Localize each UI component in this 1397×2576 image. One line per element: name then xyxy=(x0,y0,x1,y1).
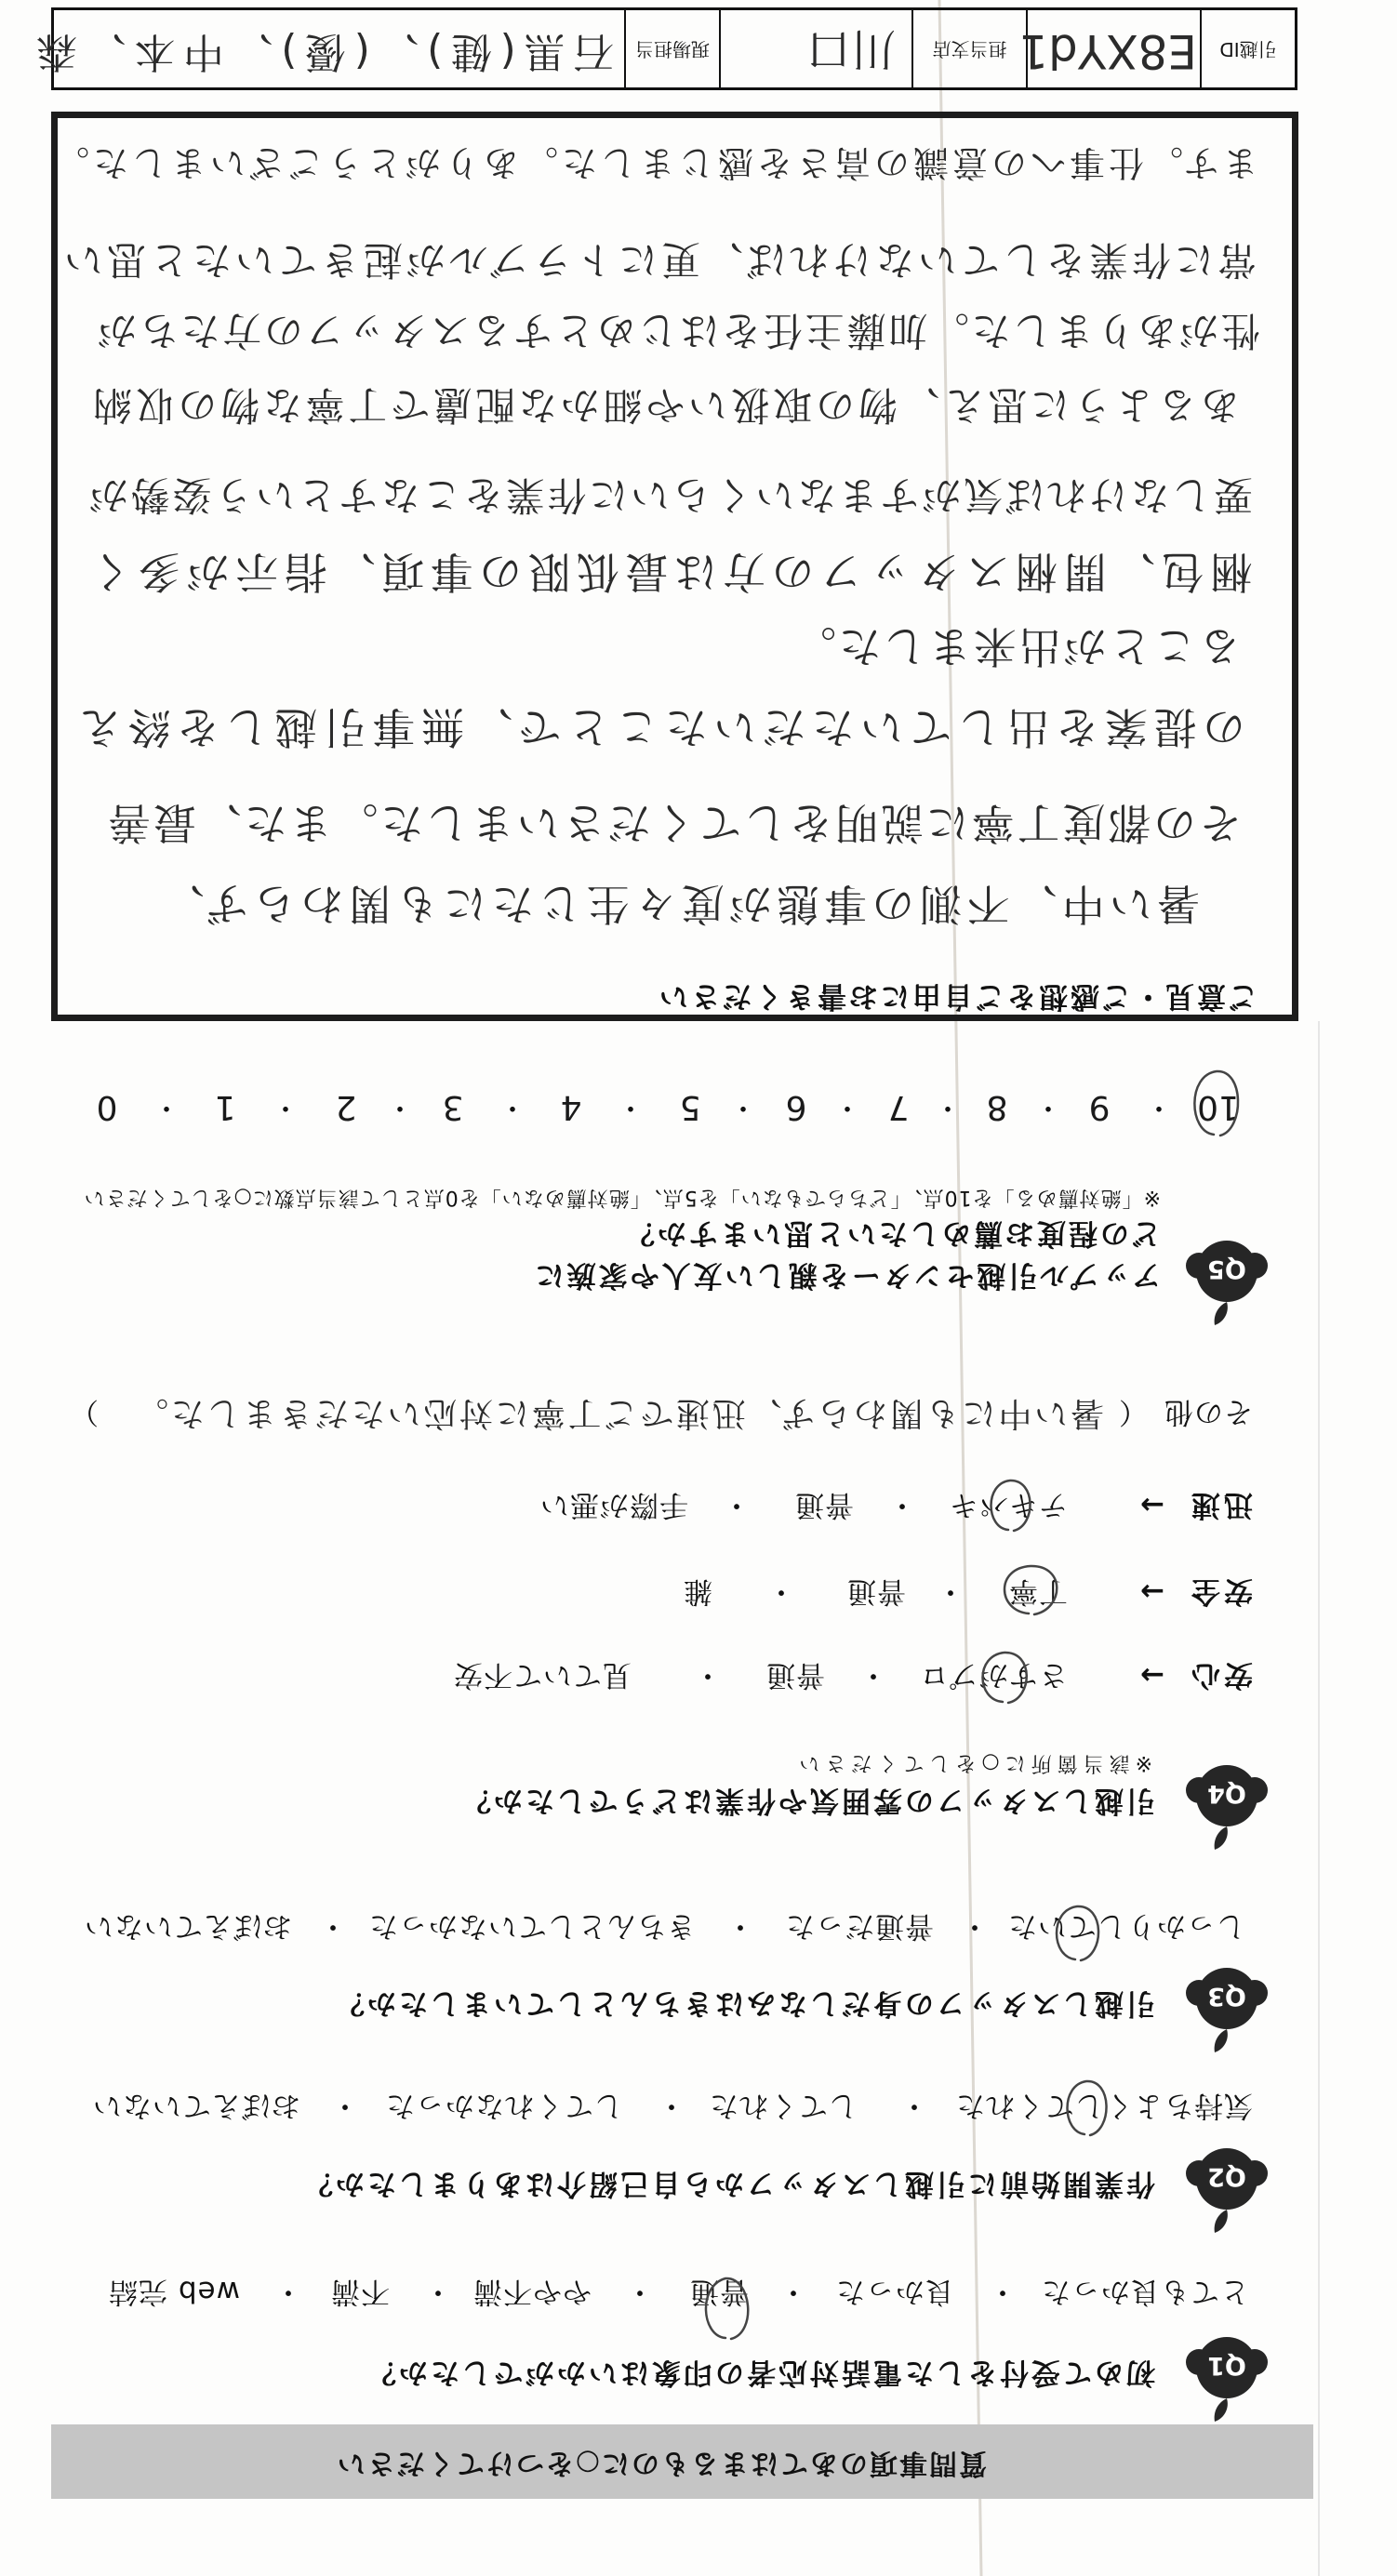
apple-q3-badge-icon: Q3 xyxy=(1182,1961,1271,2054)
q3-option-selected: しっかりしていた xyxy=(1007,1911,1245,1940)
apple-q5-badge-icon: Q5 xyxy=(1182,1234,1271,1327)
q4-other-close-paren: ） xyxy=(69,1397,99,1426)
q4-option: 雑 xyxy=(683,1576,712,1605)
separator-dot: ・ xyxy=(1145,1093,1173,1121)
separator-dot: ・ xyxy=(153,1093,180,1121)
q3-option: きちんとしていなかった xyxy=(368,1911,696,1940)
q4-other-handwritten-answer: 暑い中にも関わらず、迅速でご丁寧に対応いただきました。 xyxy=(135,1396,1104,1429)
separator-dot: ・ xyxy=(657,2091,686,2119)
svg-text:Q1: Q1 xyxy=(1207,2351,1246,2380)
staff-label: 現場担当 xyxy=(626,40,719,59)
q4-row-label-speed: 迅速 xyxy=(1188,1490,1253,1519)
q1-option: web 完結 xyxy=(108,2277,240,2305)
apple-q1-badge-icon: Q1 xyxy=(1182,2330,1271,2423)
separator-dot: ・ xyxy=(934,1093,962,1121)
comment-handwritten-line: の提案を出していただいたことで、無事引越しを終え xyxy=(79,706,1245,749)
apple-q4-badge-icon: Q4 xyxy=(1182,1759,1271,1852)
score-option: 3 xyxy=(425,1090,481,1123)
comment-handwritten-line: 暑い中、不測の事態が度々生じたにも関わらず、 xyxy=(162,883,1200,925)
score-option: 2 xyxy=(318,1090,374,1123)
q4-option-selected: テキパキ xyxy=(949,1490,1068,1519)
separator-dot: ・ xyxy=(617,1093,645,1121)
svg-text:Q5: Q5 xyxy=(1207,1255,1246,1283)
comment-handwritten-line: ます。仕事への意識の高さを感じました。ありがとうございました。 xyxy=(54,145,1258,180)
q3-question-text: 引越しスタッフの身だしなみはきちんとしていましたか？ xyxy=(333,1988,1155,2017)
q1-option: やや不満 xyxy=(472,2277,592,2305)
score-option: 1 xyxy=(197,1090,253,1123)
separator-dot: ・ xyxy=(625,2277,655,2305)
separator-dot: ・ xyxy=(725,1911,755,1940)
q2-question-text: 作業開始前に引越しスタッフから自己紹介はありましたか？ xyxy=(301,2169,1155,2198)
q4-option-selected: 丁寧 xyxy=(1008,1576,1068,1605)
separator-dot: ・ xyxy=(858,1660,888,1689)
separator-dot: ・ xyxy=(273,2277,303,2305)
move-id-value: E8XYd1 xyxy=(1051,28,1197,74)
score-option: 8 xyxy=(969,1090,1025,1123)
apple-q2-badge-icon: Q2 xyxy=(1182,2142,1271,2235)
q4-other-label: その他 xyxy=(1164,1397,1253,1426)
score-option: 9 xyxy=(1071,1090,1127,1123)
q2-option: してくれた xyxy=(709,2091,858,2119)
q1-option-selected: 普通 xyxy=(689,2277,749,2305)
separator-dot: ・ xyxy=(833,1093,861,1121)
q4-option-selected: さすがプロ xyxy=(919,1660,1068,1689)
comment-box-label: ご意見・ご感想をご自由にお書きください xyxy=(657,981,1257,1010)
branch-value: 川口 xyxy=(806,27,896,72)
score-option-selected: 10 xyxy=(1191,1090,1246,1123)
q1-option: 不満 xyxy=(330,2277,390,2305)
separator-dot: ・ xyxy=(1034,1093,1062,1121)
instruction-banner-text: 質問事項のあてはまるものに○をつけてください xyxy=(336,2449,987,2476)
comment-handwritten-line: 常に作業をしていなければ、更にトラブルが起きていたと思い xyxy=(64,240,1257,279)
svg-text:Q3: Q3 xyxy=(1207,1982,1246,2011)
separator-dot: ・ xyxy=(988,2277,1018,2305)
q4-option: 普通 xyxy=(846,1576,906,1605)
table-divider xyxy=(719,10,721,87)
arrow-right-icon: → xyxy=(1140,1576,1164,1605)
q5-note: ※「絶対薦める」を10点、「どちらでもない」を5点、「絶対薦めない」を0点として… xyxy=(84,1187,1161,1207)
score-option: 7 xyxy=(871,1090,926,1123)
separator-dot: ・ xyxy=(936,1576,965,1605)
comment-handwritten-line: ることが出来ました。 xyxy=(793,625,1242,668)
separator-dot: ・ xyxy=(899,2091,929,2119)
comment-handwritten-line: その都度丁寧に説明をしてくださいました。また、最善 xyxy=(108,802,1242,844)
q2-option: おぼえていない xyxy=(92,2091,300,2119)
comment-handwritten-line: 要しなければ気がすまないくらいに作業をこなすという姿勢が xyxy=(89,475,1253,514)
arrow-right-icon: → xyxy=(1140,1660,1164,1689)
q1-option: 良かった xyxy=(835,2277,954,2305)
separator-dot: ・ xyxy=(423,2277,453,2305)
arrow-right-icon: → xyxy=(1140,1490,1164,1519)
score-option: 4 xyxy=(543,1090,599,1123)
instruction-banner: 質問事項のあてはまるものに○をつけてください xyxy=(51,2424,1313,2499)
score-option: 5 xyxy=(662,1090,718,1123)
score-option: 0 xyxy=(79,1090,135,1123)
separator-dot: ・ xyxy=(693,1660,723,1689)
q2-option: してくれなかった xyxy=(385,2091,623,2119)
q5-question-text-line2: どの程度お薦めしたいと思いますか？ xyxy=(623,1218,1161,1247)
branch-label: 担当支店 xyxy=(913,40,1026,59)
separator-dot: ・ xyxy=(766,1576,796,1605)
q4-option: 手際が悪い xyxy=(539,1490,688,1519)
q5-question-text-line1: アップル引越センターを親しい友人や家族に xyxy=(533,1260,1161,1289)
q4-option: 普通 xyxy=(765,1660,825,1689)
comment-handwritten-line: 性がありました。加藤主任をはじめとするスタッフの方たちが xyxy=(98,311,1260,350)
separator-dot: ・ xyxy=(778,2277,808,2305)
q3-option: 普通だった xyxy=(785,1911,934,1940)
comment-handwritten-line: 梱包、開梱スタッフの方は最低限の事項、指示が多く xyxy=(89,551,1253,593)
q4-option: 見ていて不安 xyxy=(453,1660,632,1689)
move-id-label: 引越ID xyxy=(1202,40,1295,59)
separator-dot: ・ xyxy=(960,1911,990,1940)
q4-option: 普通 xyxy=(794,1490,854,1519)
q3-option: おぼえていない xyxy=(84,1911,292,1940)
separator-dot: ・ xyxy=(499,1093,526,1121)
survey-form-page-rotated: 質問事項のあてはまるものに○をつけてください Q1 初めて受付をした電話対応者の… xyxy=(0,0,1397,2576)
separator-dot: ・ xyxy=(386,1093,414,1121)
separator-dot: ・ xyxy=(330,2091,360,2119)
q2-option-selected: 気持ちよくしてくれた xyxy=(955,2091,1253,2119)
separator-dot: ・ xyxy=(729,1093,757,1121)
separator-dot: ・ xyxy=(318,1911,348,1940)
q4-row-label-safety: 安全 xyxy=(1188,1576,1253,1605)
svg-text:Q4: Q4 xyxy=(1207,1779,1246,1808)
svg-text:Q2: Q2 xyxy=(1207,2162,1246,2191)
q4-row-label-reassurance: 安心 xyxy=(1188,1660,1253,1689)
q4-note: ※該当箇所に○をしてください xyxy=(793,1752,1152,1773)
q1-option: とても良かった xyxy=(1041,2277,1249,2305)
staff-names-value: 石黒(健)、(優)、中本、森 xyxy=(36,31,614,72)
separator-dot: ・ xyxy=(272,1093,299,1121)
comment-handwritten-line: あるように思え、物の取扱いや細かな配慮で丁寧な物の収納 xyxy=(93,385,1240,424)
q4-question-text: 引越しスタッフの雰囲気や作業はどうでしたか？ xyxy=(459,1786,1155,1814)
separator-dot: ・ xyxy=(887,1490,917,1519)
q1-question-text: 初めて受付をした電話対応者の印象はいかがでしたか？ xyxy=(365,2357,1155,2386)
q4-other-open-paren: （ xyxy=(1118,1397,1148,1426)
score-option: 6 xyxy=(768,1090,824,1123)
separator-dot: ・ xyxy=(722,1490,752,1519)
